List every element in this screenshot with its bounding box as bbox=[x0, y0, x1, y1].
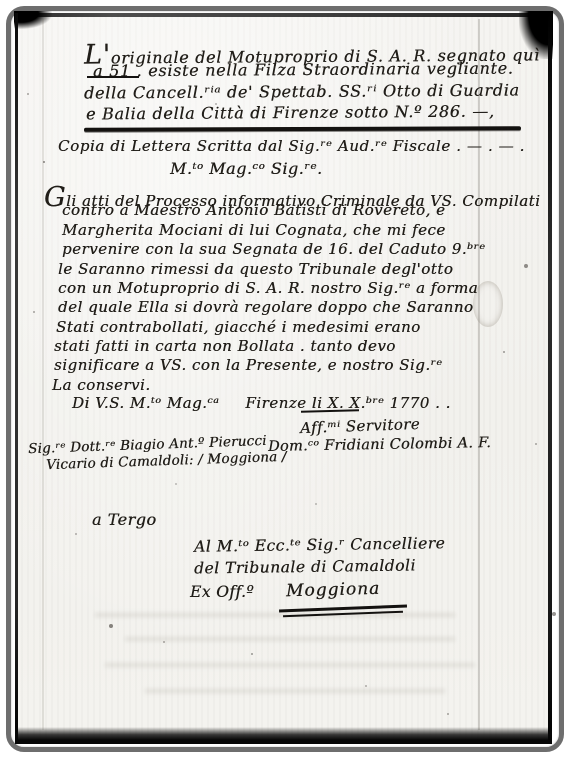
letter-body-line: del quale Ella si dovrà regolare doppo c… bbox=[58, 298, 473, 316]
letter-closing: Aff.ᵐⁱ Servitore bbox=[300, 415, 421, 437]
separator-rule bbox=[84, 126, 521, 132]
verso-address-line: del Tribunale di Camaldoli bbox=[194, 556, 416, 577]
letter-body-line: Stati contrabollati, giacché i medesimi … bbox=[56, 318, 421, 336]
registry-note-line: e Balia della Città di Firenze sotto N.º… bbox=[86, 102, 495, 124]
verso-address-line: Al M.ᵗᵒ Ecc.ᵗᵉ Sig.ʳ Cancelliere bbox=[194, 534, 445, 556]
registry-note-line: della Cancell.ʳⁱᵃ de' Spettab. SS.ʳⁱ Ott… bbox=[84, 80, 520, 102]
letter-caption: Copia di Lettera Scritta dal Sig.ʳᵉ Aud.… bbox=[58, 137, 525, 155]
underline-stroke bbox=[87, 76, 139, 78]
handwritten-text-layer: L'originale del Motuproprio di S. A. R. … bbox=[15, 13, 552, 744]
letter-body-line: Margherita Mociani di lui Cognata, che m… bbox=[62, 221, 446, 239]
verso-place: Moggiona bbox=[286, 579, 381, 601]
letter-body-line: stati fatti in carta non Bollata . tanto… bbox=[54, 337, 396, 355]
double-underline-stroke bbox=[283, 611, 403, 618]
signature: Dom.ᶜᵒ Fridiani Colombi A. F. bbox=[268, 435, 491, 455]
underline-stroke bbox=[301, 409, 359, 413]
letter-body-line: significare a VS. con la Presente, e nos… bbox=[54, 356, 443, 374]
ex-officio-mark: Ex Off.º bbox=[190, 583, 254, 601]
letter-body-line: contro a Maestro Antonio Batisti di Rove… bbox=[62, 201, 445, 219]
letter-body-line: pervenire con la sua Segnata de 16. del … bbox=[62, 240, 486, 258]
dateline-sender: Di V.S. M.ᵗᵒ Mag.ᶜᵃ bbox=[72, 394, 219, 412]
letter-body-line: La conservi. bbox=[52, 376, 151, 394]
verso-label: a Tergo bbox=[92, 510, 157, 529]
registry-note-line: a 51 . esiste nella Filza Straordinaria … bbox=[93, 59, 514, 81]
letter-salutation: M.ᵗᵒ Mag.ᶜᵒ Sig.ʳᵉ. bbox=[170, 159, 323, 178]
letter-body-line: le Saranno rimessi da questo Tribunale d… bbox=[58, 260, 453, 278]
letter-dateline: Di V.S. M.ᵗᵒ Mag.ᶜᵃFirenze li X. X.ᵇʳᵉ 1… bbox=[72, 394, 451, 412]
manuscript-page: L'originale del Motuproprio di S. A. R. … bbox=[15, 13, 552, 744]
letter-body-line: con un Motuproprio di S. A. R. nostro Si… bbox=[58, 279, 478, 297]
